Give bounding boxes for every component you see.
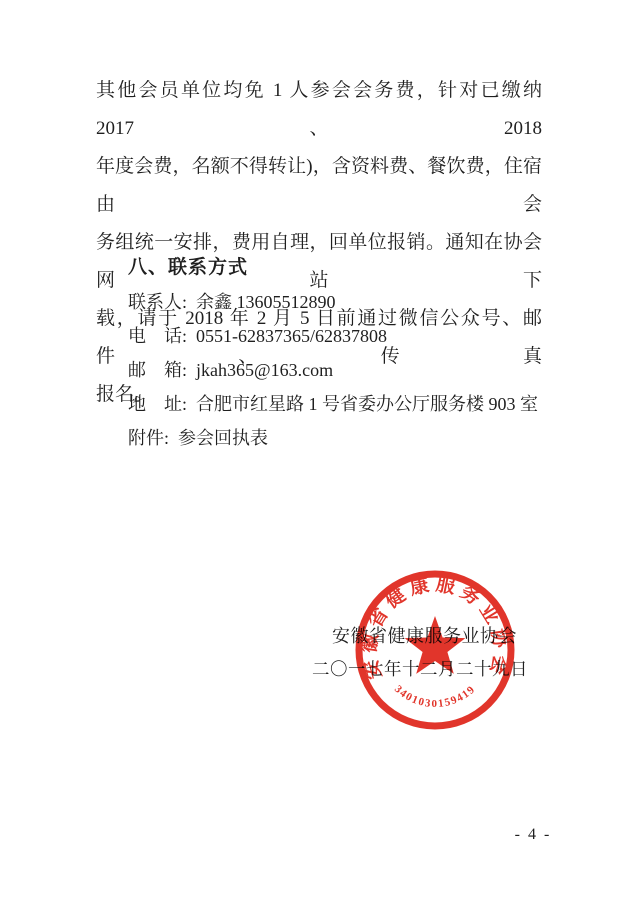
contact-value: 余鑫 13605512890 [196,292,336,312]
body-line: 其他会员单位均免 1 人参会会务费，针对已缴纳 2017、2018 [96,72,542,148]
official-seal: 安徽省健康服务业协会 3401030159419 [347,562,523,738]
contact-label: 附件: [128,428,169,448]
svg-text:3401030159419: 3401030159419 [392,683,478,710]
section-heading-contact: 八、联系方式 [128,252,248,279]
seal-ring [359,574,511,726]
contact-label: 邮 箱: [128,360,187,380]
contact-row-phone: 电 话:0551-62837365/62837808 [128,319,558,353]
body-line: 年度会费，名额不得转让)，含资料费、餐饮费，住宿由会 [96,148,542,224]
signature-organization: 安徽省健康服务业协会 [332,622,517,648]
seal-serial-number: 3401030159419 [392,683,478,710]
page-number: - 4 - [503,826,563,844]
contact-label: 地 址: [128,394,187,414]
contact-label: 联系人: [128,292,187,312]
contact-label: 电 话: [128,326,187,346]
document-page: 其他会员单位均免 1 人参会会务费，针对已缴纳 2017、2018 年度会费，名… [0,0,638,906]
contact-value: jkah365@163.com [196,360,333,380]
contact-row-address: 地 址:合肥市红星路 1 号省委办公厅服务楼 903 室 [128,387,558,421]
contact-value: 合肥市红星路 1 号省委办公厅服务楼 903 室 [196,394,538,414]
contact-row-attachment: 附件:参会回执表 [128,421,558,455]
contact-value: 0551-62837365/62837808 [196,326,387,346]
contact-list: 联系人:余鑫 13605512890 电 话:0551-62837365/628… [128,285,558,455]
contact-row-person: 联系人:余鑫 13605512890 [128,285,558,319]
signature-date: 二〇一七年十二月二十九日 [312,656,528,681]
contact-row-email: 邮 箱:jkah365@163.com [128,353,558,387]
contact-value: 参会回执表 [178,428,268,448]
